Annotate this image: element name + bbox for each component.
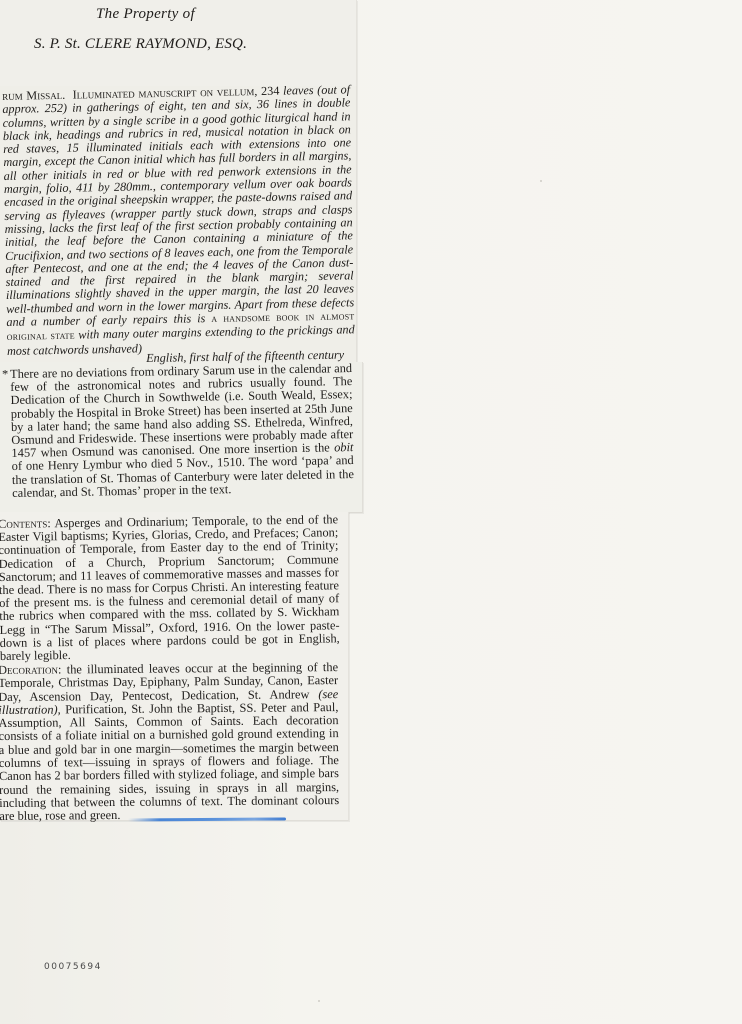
obit-word: obit: [334, 440, 354, 454]
footnote-asterisk: *: [2, 368, 8, 381]
lot-body-1: leaves (out of approx. 252) in gathering…: [2, 82, 354, 329]
decoration-body-2: Purification, St. John the Baptist, SS. …: [0, 700, 339, 823]
owner-name: S. P. St. CLERE RAYMOND, ESQ.: [34, 36, 247, 53]
paper-speck: [318, 1000, 320, 1002]
paper-speck: [540, 180, 542, 182]
note-text-1: There are no deviations from ordinary Sa…: [10, 361, 353, 460]
catalog-number: 00075694: [44, 962, 102, 972]
leaf-count: 234: [261, 84, 280, 98]
note-text-2: of one Henry Lymbur who died 5 Nov., 151…: [12, 453, 354, 499]
lot-description: rum Missal. Illuminated manuscript on ve…: [2, 83, 355, 358]
property-of-label: The Property of: [96, 6, 195, 23]
contents-paragraph: Contents: Asperges and Ordinarium; Tempo…: [0, 513, 340, 663]
decoration-heading: Decoration:: [0, 662, 62, 677]
contents-body: Asperges and Ordinarium; Temporale, to t…: [0, 512, 340, 663]
decoration-paragraph: Decoration: the illuminated leaves occur…: [0, 661, 339, 824]
calendar-note: *There are no deviations from ordinary S…: [10, 362, 354, 500]
